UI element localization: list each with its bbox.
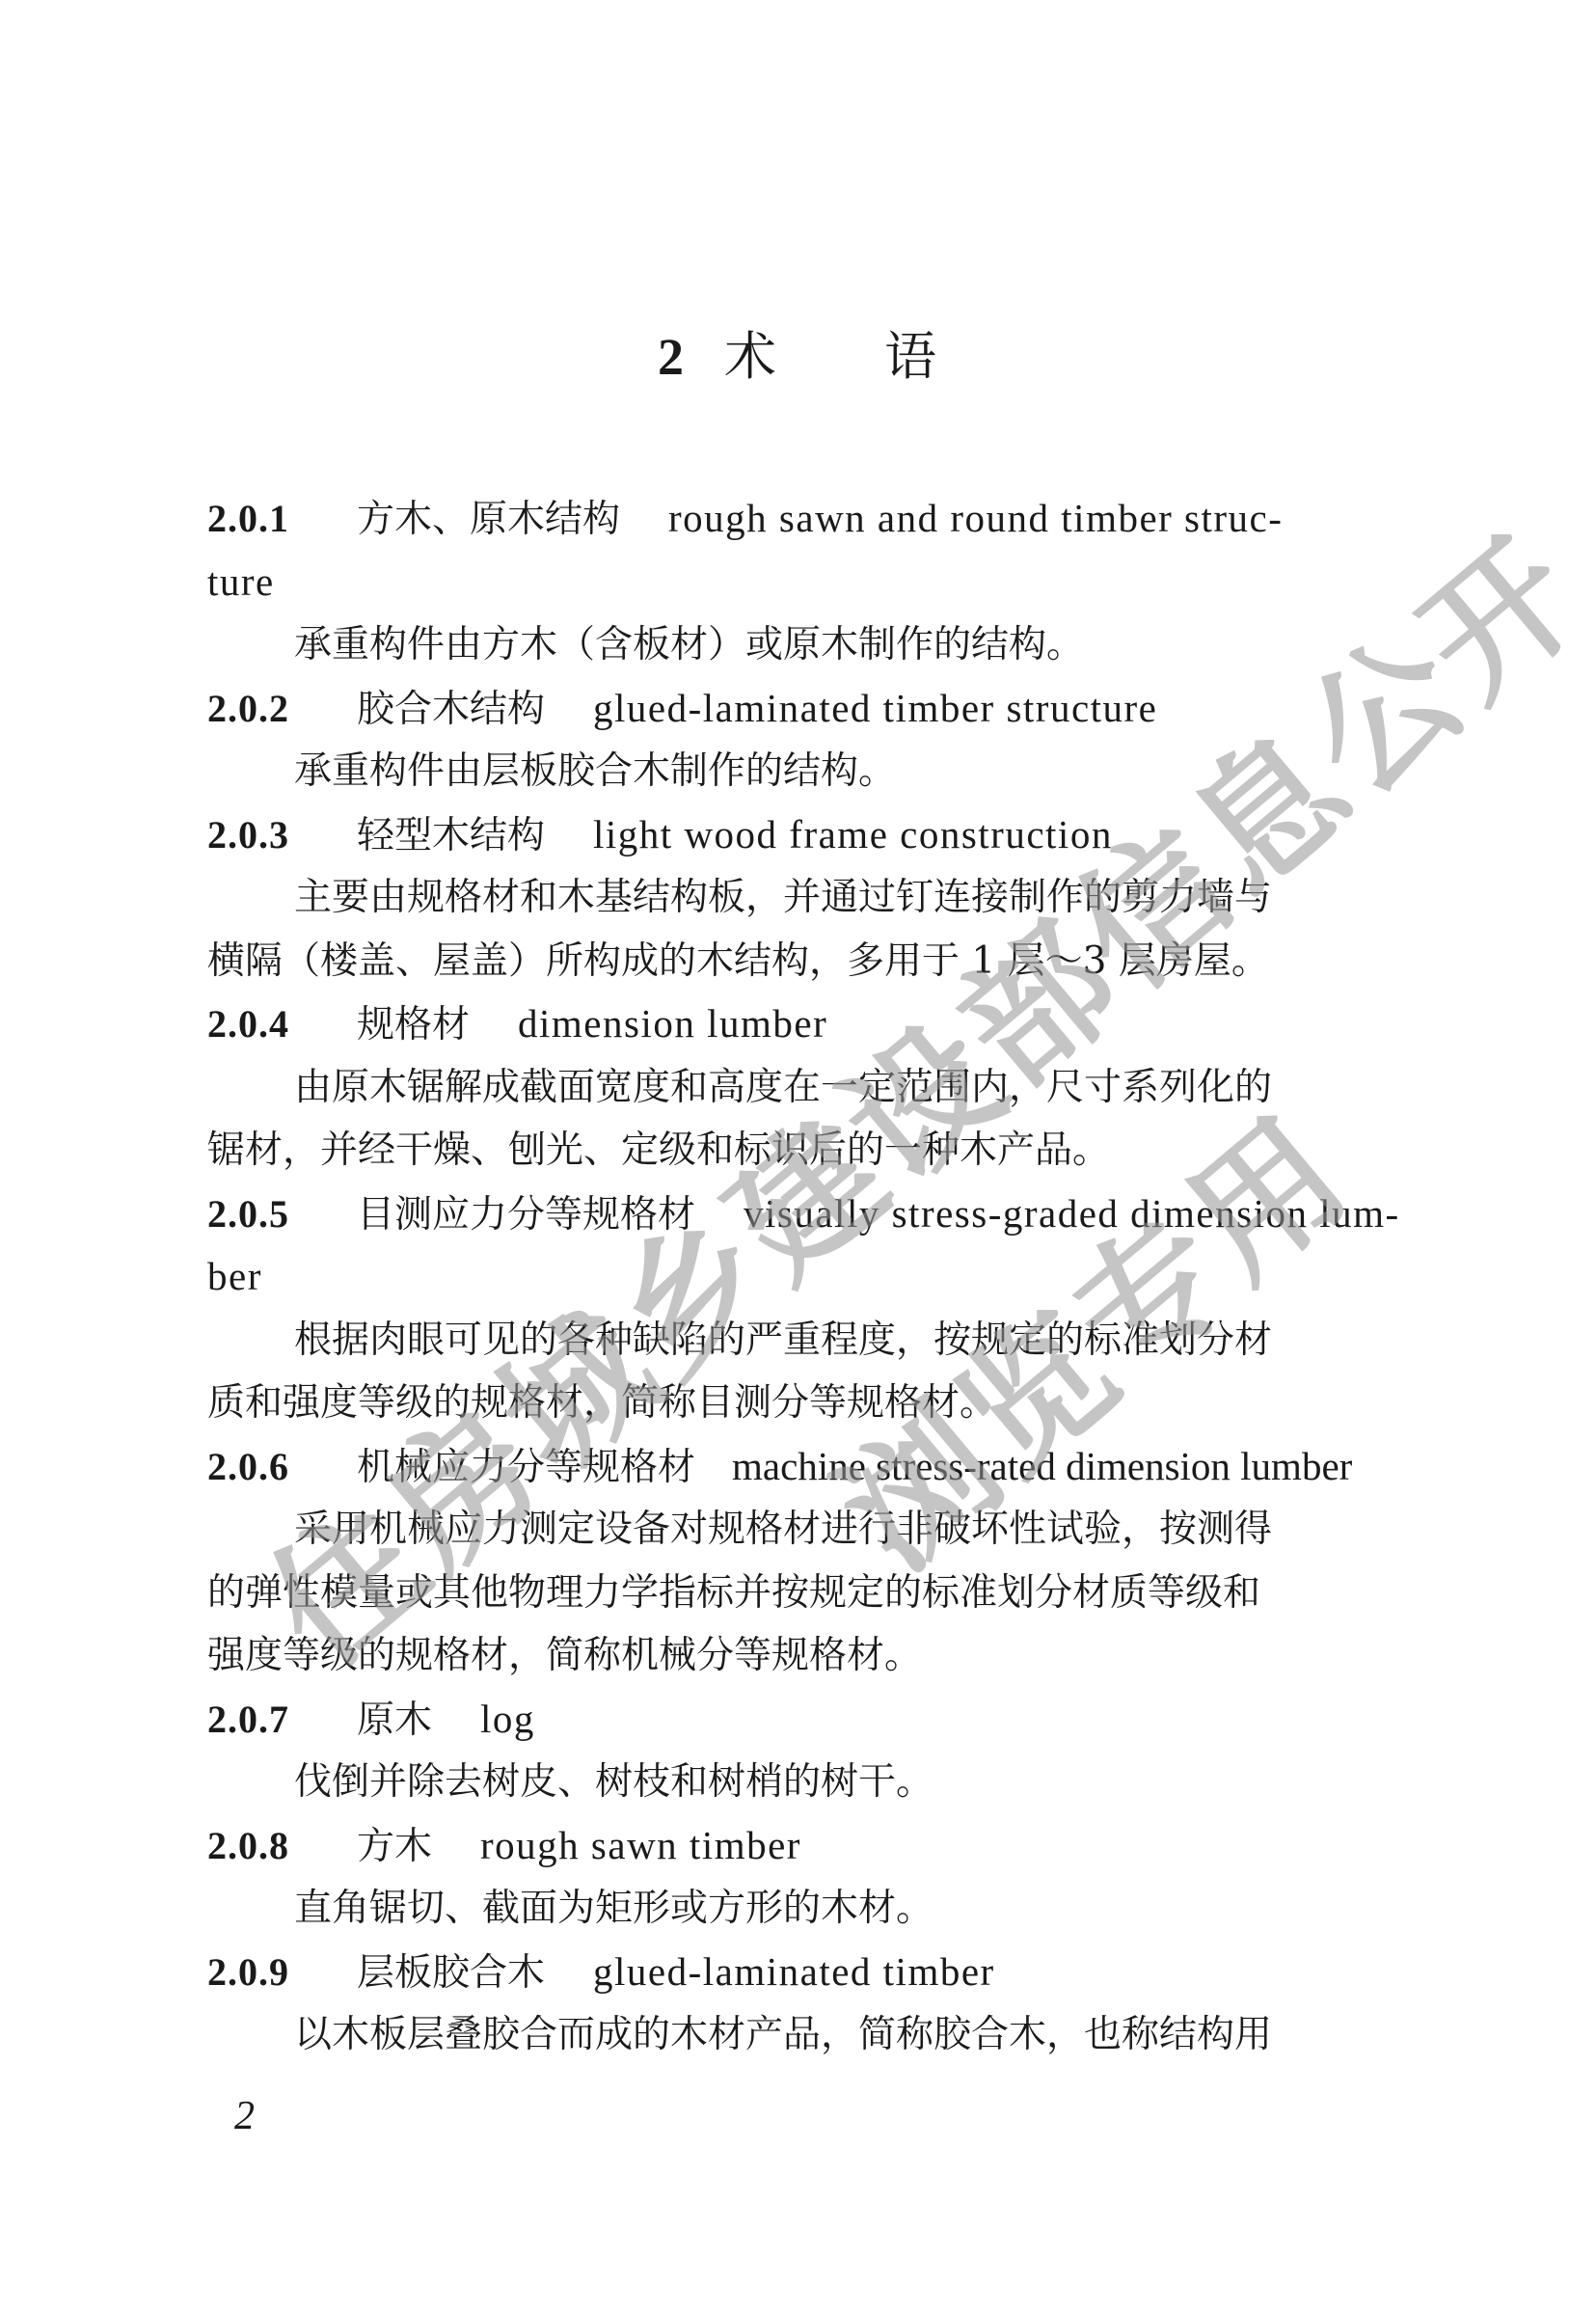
term-definition: 承重构件由层板胶合木制作的结构。 [207,740,1392,803]
term-number: 2.0.3 [207,803,357,867]
terms-list: 2.0.1方木、原木结构rough sawn and round timber … [207,487,1392,2067]
chapter-title-char-2: 语 [884,326,938,387]
term-en: dimension lumber [518,1001,827,1046]
chapter-heading: 2术语 [0,323,1596,391]
term-heading-2-0-5: 2.0.5目测应力分等规格材visually stress-graded dim… [207,1183,1392,1246]
term-en: glued-laminated timber structure [593,686,1157,730]
term-en: machine stress-rated dimension lumber [732,1444,1352,1488]
term-heading-2-0-8: 2.0.8方木rough sawn timber [207,1814,1392,1878]
page-number: 2 [234,2093,255,2139]
term-zh: 层板胶合木 [357,1951,545,1995]
term-number: 2.0.9 [207,1941,357,2004]
term-zh: 规格材 [357,1003,470,1047]
term-en-continuation: ber [207,1245,1392,1309]
term-heading-2-0-3: 2.0.3轻型木结构light wood frame construction [207,803,1392,867]
term-definition: 伐倒并除去树皮、树枝和树梢的树干。 [207,1751,1392,1814]
term-definition-cont: 强度等级的规格材，简称机械分等规格材。 [207,1624,1392,1688]
term-definition-cont: 的弹性模量或其他物理力学指标并按规定的标准划分材质等级和 [207,1562,1392,1625]
term-definition-cont: 质和强度等级的规格材，简称目测分等规格材。 [207,1372,1392,1435]
term-zh: 目测应力分等规格材 [357,1193,695,1237]
term-definition: 由原木锯解成截面宽度和高度在一定范围内，尺寸系列化的 [207,1056,1392,1120]
term-definition: 采用机械应力测定设备对规格材进行非破坏性试验，按测得 [207,1498,1392,1562]
term-en-continuation: ture [207,551,1392,614]
term-en: light wood frame construction [593,812,1113,856]
term-definition-cont: 锯材，并经干燥、刨光、定级和标识后的一种木产品。 [207,1119,1392,1183]
chapter-number: 2 [658,328,686,386]
term-definition: 承重构件由方木（含板材）或原木制作的结构。 [207,613,1392,677]
term-en: rough sawn timber [480,1823,801,1867]
term-zh: 机械应力分等规格材 [357,1446,695,1489]
term-heading-2-0-9: 2.0.9层板胶合木glued-laminated timber [207,1941,1392,2004]
term-number: 2.0.5 [207,1183,357,1246]
term-definition: 直角锯切、截面为矩形或方形的木材。 [207,1877,1392,1941]
term-heading-2-0-6: 2.0.6机械应力分等规格材machine stress-rated dimen… [207,1435,1392,1499]
term-definition: 主要由规格材和木基结构板，并通过钉连接制作的剪力墙与 [207,866,1392,930]
term-heading-2-0-2: 2.0.2胶合木结构glued-laminated timber structu… [207,677,1392,741]
chapter-title-char-1: 术 [724,326,778,387]
term-en: visually stress-graded dimension lum- [744,1191,1400,1236]
term-en: glued-laminated timber [593,1949,995,1994]
term-number: 2.0.7 [207,1688,357,1752]
term-number: 2.0.4 [207,992,357,1056]
document-page: 2术语 2.0.1方木、原木结构rough sawn and round tim… [0,0,1596,2311]
term-zh: 方木 [357,1825,432,1868]
term-zh: 轻型木结构 [357,814,545,857]
term-heading-2-0-7: 2.0.7原木log [207,1688,1392,1752]
term-heading-2-0-1: 2.0.1方木、原木结构rough sawn and round timber … [207,487,1392,551]
term-number: 2.0.8 [207,1814,357,1878]
term-definition-cont: 横隔（楼盖、屋盖）所构成的木结构，多用于 1 层～3 层房屋。 [207,930,1392,993]
term-number: 2.0.2 [207,677,357,741]
term-heading-2-0-4: 2.0.4规格材dimension lumber [207,992,1392,1056]
term-definition: 根据肉眼可见的各种缺陷的严重程度，按规定的标准划分材 [207,1309,1392,1373]
term-en-cont: ber [207,1254,262,1298]
term-number: 2.0.6 [207,1435,357,1499]
term-zh: 原木 [357,1699,432,1742]
term-zh: 方木、原木结构 [357,498,620,541]
term-en-cont: ture [207,559,275,604]
term-en: log [480,1697,535,1741]
term-zh: 胶合木结构 [357,688,545,731]
term-en: rough sawn and round timber struc- [668,496,1283,540]
term-number: 2.0.1 [207,487,357,551]
term-definition: 以木板层叠胶合而成的木材产品，简称胶合木，也称结构用 [207,2003,1392,2067]
